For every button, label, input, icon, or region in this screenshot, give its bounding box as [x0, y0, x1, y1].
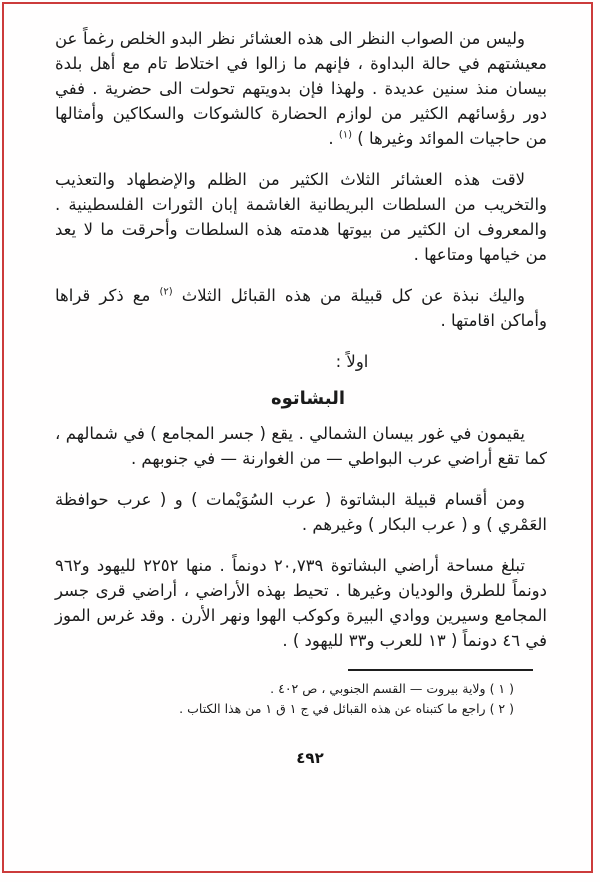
paragraph-text: واليك نبذة عن كل قبيلة من هذه القبائل ال… [173, 286, 525, 305]
paragraph-text: تبلغ مساحة أراضي البشاتوة ٢٠,٧٣٩ دونماً … [55, 556, 547, 650]
paragraph-land-area: تبلغ مساحة أراضي البشاتوة ٢٠,٧٣٩ دونماً … [55, 553, 547, 653]
section-label-first: اولاً : [106, 349, 598, 374]
section-heading-bashatwa: البشاتوه [62, 386, 554, 411]
footnote-separator-rule [348, 669, 533, 671]
paragraph-bedouin-lifestyle: وليس من الصواب النظر الى هذه العشائر نظر… [55, 26, 547, 151]
page-content: وليس من الصواب النظر الى هذه العشائر نظر… [55, 26, 547, 771]
book-page: وليس من الصواب النظر الى هذه العشائر نظر… [0, 0, 600, 882]
footnote-2: ( ٢ ) راجع ما كتبناه عن هذه القبائل في ج… [55, 699, 514, 718]
footnote-ref-2: (٢) [159, 287, 172, 298]
paragraph-british-oppression: لاقت هذه العشائر الثلاث الكثير من الظلم … [55, 167, 547, 267]
paragraph-text: لاقت هذه العشائر الثلاث الكثير من الظلم … [55, 170, 547, 264]
footnote-1: ( ١ ) ولاية بيروت — القسم الجنوبي ، ص ٤٠… [55, 679, 514, 698]
footnote-ref-1: (١) [339, 130, 352, 141]
paragraph-tribes-intro: واليك نبذة عن كل قبيلة من هذه القبائل ال… [55, 283, 547, 333]
paragraph-text: . [328, 129, 339, 148]
paragraph-tribe-divisions: ومن أقسام قبيلة البشاتوة ( عرب السُوَيْم… [55, 487, 547, 537]
page-number: ٤٩٢ [64, 746, 556, 771]
paragraph-text: ومن أقسام قبيلة البشاتوة ( عرب السُوَيْم… [55, 490, 547, 534]
paragraph-text: وليس من الصواب النظر الى هذه العشائر نظر… [55, 29, 547, 148]
paragraph-location: يقيمون في غور بيسان الشمالي . يقع ( جسر … [55, 421, 547, 471]
paragraph-text: يقيمون في غور بيسان الشمالي . يقع ( جسر … [55, 424, 547, 468]
